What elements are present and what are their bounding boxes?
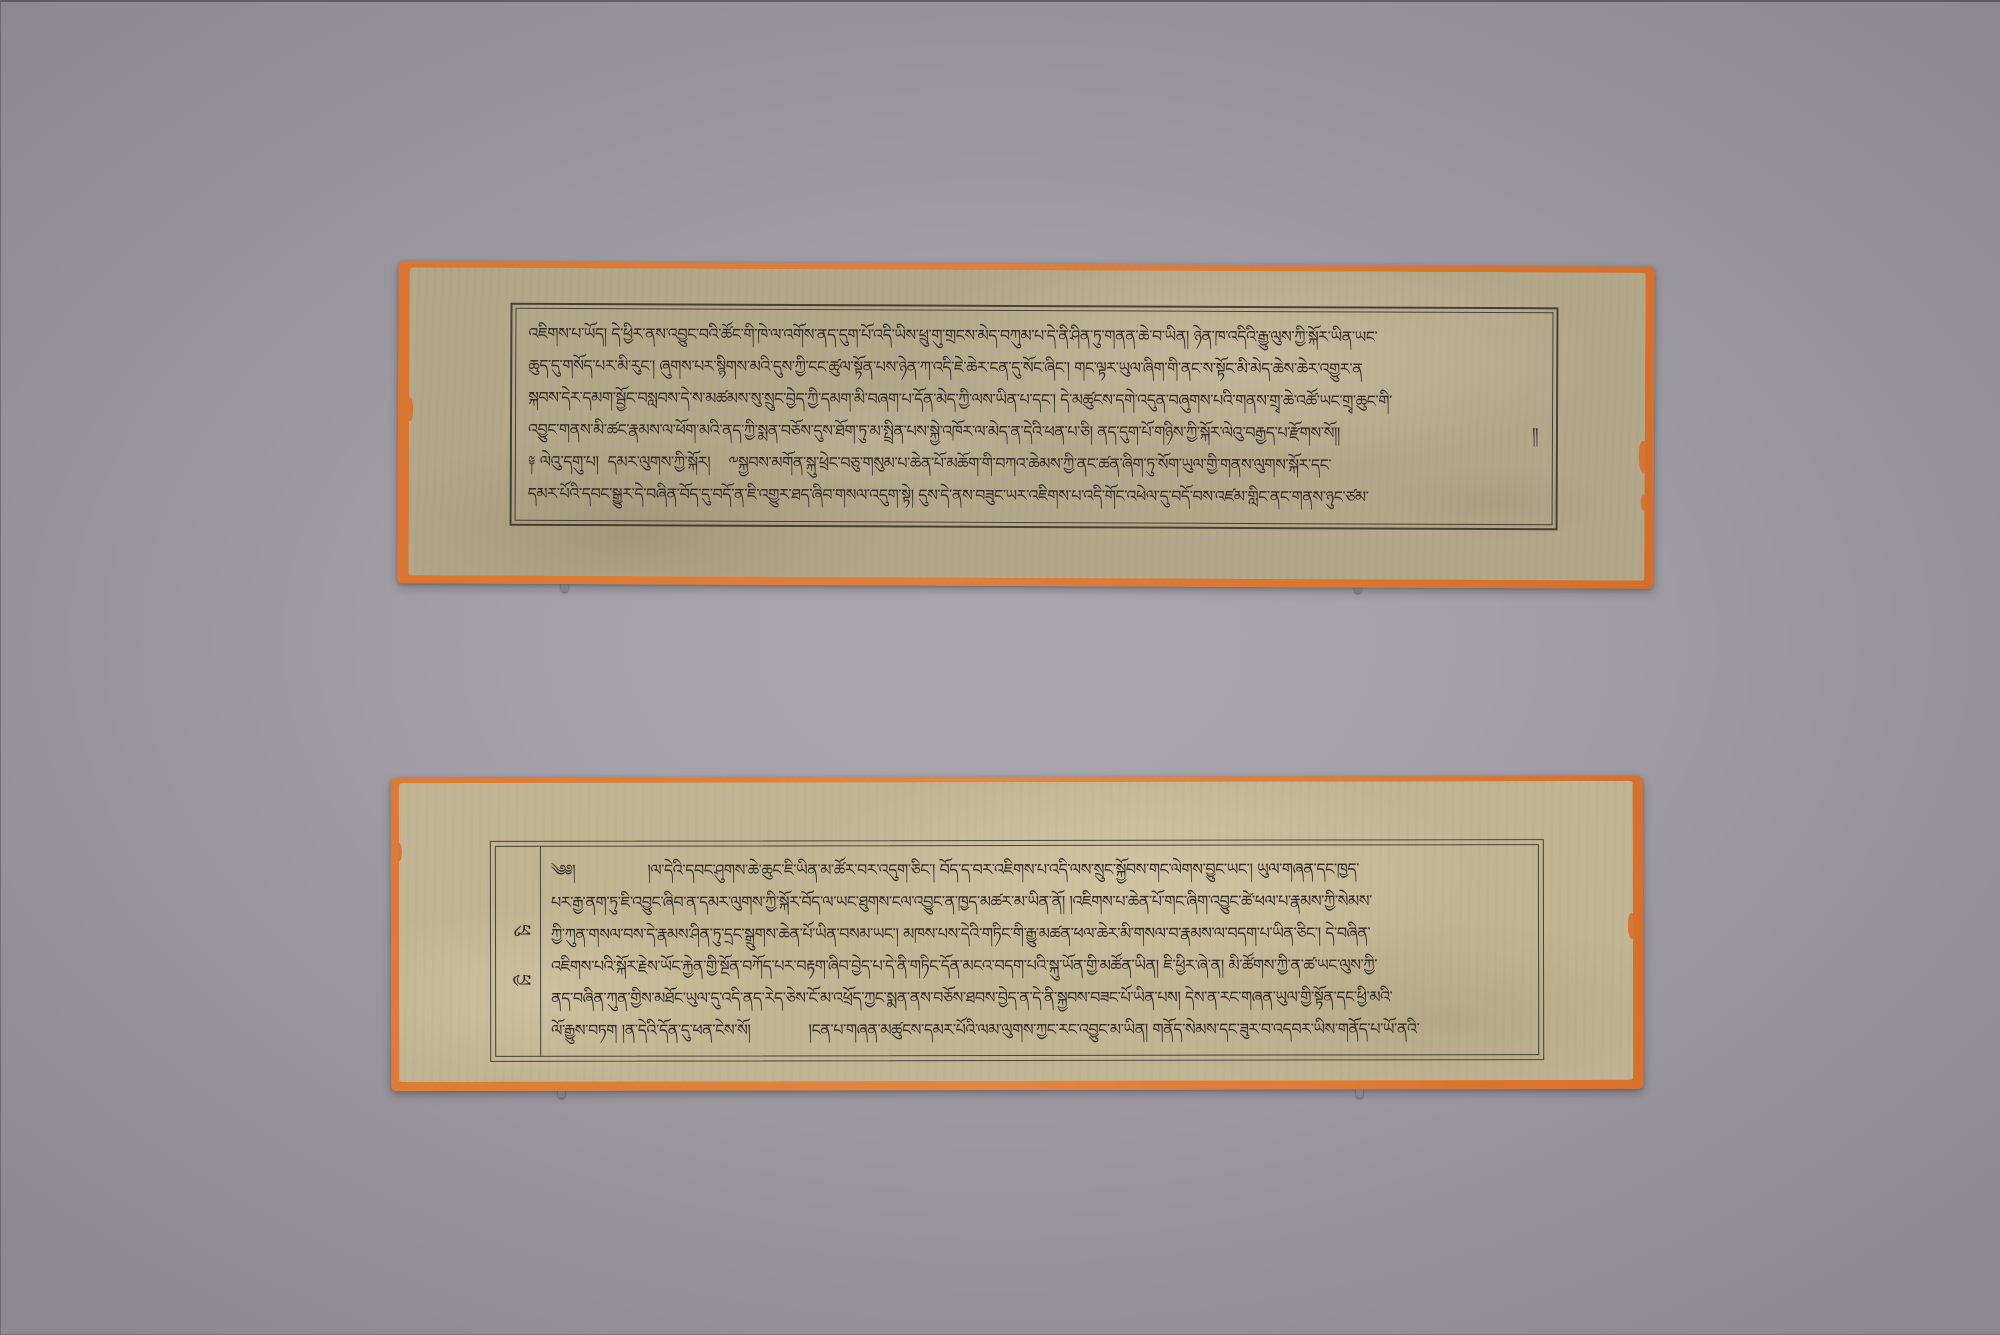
tibetan-text: །ངན་པ་གཞན་མཚུངས་དམར་པོའི་ལམ་ལུགས་ཀྱང་རང་… xyxy=(808,1013,1419,1046)
edge-paint-blotch xyxy=(408,397,413,421)
margin-letter: ཕུ xyxy=(493,924,543,936)
margin-annotation-column: ཕུ ཕྱ xyxy=(496,847,541,1056)
photograph-background: འཇིགས་པ་ཡོད། དེ་ཕྱིར་ནས་འབྱུང་བའི་ཚོང་གི… xyxy=(0,0,2000,1335)
text-line-3: ཀྱི་ཀུན་གསལ་བས་དེ་རྣམས་ཤིན་ཏུ་དྲང་སྒྲུགས… xyxy=(551,917,1526,951)
text-block: ༄༅། །ལ་དེའི་དབང་ཤུགས་ཆེ་ཆུང་ཇི་ཡིན་མ་ཚོར… xyxy=(541,845,1538,1056)
text-line-3: སྐབས་དེར་དམག་སྦྱོང་བསླབས་དེ་ས་མཚམས་སུ་སྲ… xyxy=(528,382,1538,418)
text-line-4: འབྱུང་གནས་མི་ཚང་རྣམས་ལ་ཕོག་མའི་ནད་ཀྱི་སྨ… xyxy=(528,414,1538,450)
tibetan-text: འཇིགས་པ་ཡོད། དེ་ཕྱིར་ནས་འབྱུང་བའི་ཚོང་གི… xyxy=(528,318,1377,354)
tibetan-text: དམར་པོའི་དབང་སྒྱུར་དེ་བཞིན་བོད་དུ་བདོ་ན་… xyxy=(528,478,1369,514)
tibetan-text: འཇིགས་པའི་སྐོར་རྗེས་ཡོང་རྐྱེན་གྱི་སྔོན་བ… xyxy=(551,949,1377,982)
tibetan-text: ཆུད་དུ་གསོད་པར་མི་རུང་། ཞུགས་པར་སྙིགས་མའ… xyxy=(528,350,1362,386)
yig-mgo-head-mark: ༄༅། xyxy=(551,855,575,887)
margin-letter: ཕྱ xyxy=(493,974,543,986)
bottom-manuscript-leaf: ཕུ ཕྱ ༄༅། །ལ་དེའི་དབང་ཤུགས་ཆེ་ཆུང་ཇི་ཡིན… xyxy=(391,776,1644,1091)
tibetan-text: ནད་བཞིན་ཀུན་གྱིས་མཐོང་ཡུལ་དུ་འདི་ནད་རེད་… xyxy=(551,981,1392,1014)
tibetan-text: ཀྱི་ཀུན་གསལ་བས་དེ་རྣམས་ཤིན་ཏུ་དྲང་སྒྲུགས… xyxy=(551,917,1370,950)
text-line-2: པར་རྒྱ་ནག་ཏུ་ཇི་འབྱུང་ཞིབ་ན་དམར་ལུགས་ཀྱི… xyxy=(551,885,1526,919)
text-line-6: ལོ་རྒྱུས་བཏག །ན་དེའི་དོན་དུ་ཕན་ངེས་སོ། །… xyxy=(551,1013,1526,1047)
tibetan-text: །ལ་དེའི་དབང་ཤུགས་ཆེ་ཆུང་ཇི་ཡིན་མ་ཚོར་བར་… xyxy=(647,853,1359,886)
text-line-1: ༄༅། །ལ་དེའི་དབང་ཤུགས་ཆེ་ཆུང་ཇི་ཡིན་མ་ཚོར… xyxy=(551,853,1526,887)
text-line-5: ནད་བཞིན་ཀུན་གྱིས་མཐོང་ཡུལ་དུ་འདི་ནད་རེད་… xyxy=(551,981,1526,1015)
text-frame-inner: ཕུ ཕྱ ༄༅། །ལ་དེའི་དབང་ཤུགས་ཆེ་ཆུང་ཇི་ཡིན… xyxy=(495,844,1539,1057)
text-line-6: དམར་པོའི་དབང་སྒྱུར་དེ་བཞིན་བོད་དུ་བདོ་ན་… xyxy=(528,478,1538,514)
tibetan-text: པར་རྒྱ་ནག་ཏུ་ཇི་འབྱུང་ཞིབ་ན་དམར་ལུགས་ཀྱི… xyxy=(551,885,1372,918)
text-block: འཇིགས་པ་ཡོད། དེ་ཕྱིར་ནས་འབྱུང་བའི་ཚོང་གི… xyxy=(516,309,1553,525)
edge-paint-blotch xyxy=(1641,495,1646,511)
text-line-4: འཇིགས་པའི་སྐོར་རྗེས་ཡོང་རྐྱེན་གྱི་སྔོན་བ… xyxy=(551,949,1526,983)
edge-paint-blotch xyxy=(399,843,402,861)
tibetan-text: ༈ ལེའུ་དགུ་པ། དམར་ལུགས་ཀྱི་སྐོར། ༸སྐྱབས་… xyxy=(528,446,1332,482)
text-frame-border: འཇིགས་པ་ཡོད། དེ་ཕྱིར་ནས་འབྱུང་བའི་ཚོང་གི… xyxy=(510,303,1559,531)
text-line-5-chapter-heading: ༈ ལེའུ་དགུ་པ། དམར་ལུགས་ཀྱི་སྐོར། ༸སྐྱབས་… xyxy=(528,446,1538,482)
section-end-double-shad: ༎ xyxy=(1532,418,1538,450)
edge-paint-blotch xyxy=(1628,913,1633,939)
tibetan-text: ལོ་རྒྱུས་བཏག །ན་དེའི་དོན་དུ་ཕན་ངེས་སོ། xyxy=(551,1014,750,1046)
tibetan-text: འབྱུང་གནས་མི་ཚང་རྣམས་ལ་ཕོག་མའི་ནད་ཀྱི་སྨ… xyxy=(528,414,1340,450)
text-line-1: འཇིགས་པ་ཡོད། དེ་ཕྱིར་ནས་འབྱུང་བའི་ཚོང་གི… xyxy=(528,318,1538,354)
top-manuscript-leaf: འཇིགས་པ་ཡོད། དེ་ཕྱིར་ནས་འབྱུང་བའི་ཚོང་གི… xyxy=(397,261,1654,588)
tibetan-text: སྐབས་དེར་དམག་སྦྱོང་བསླབས་དེ་ས་མཚམས་སུ་སྲ… xyxy=(528,382,1392,418)
paper-surface: འཇིགས་པ་ཡོད། དེ་ཕྱིར་ནས་འབྱུང་བའི་ཚོང་གི… xyxy=(408,267,1645,580)
text-line-2: ཆུད་དུ་གསོད་པར་མི་རུང་། ཞུགས་པར་སྙིགས་མའ… xyxy=(528,350,1538,386)
text-frame-inner: འཇིགས་པ་ཡོད། དེ་ཕྱིར་ནས་འབྱུང་བའི་ཚོང་གི… xyxy=(515,308,1554,526)
text-frame-border: ཕུ ཕྱ ༄༅། །ལ་དེའི་དབང་ཤུགས་ཆེ་ཆུང་ཇི་ཡིན… xyxy=(490,839,1544,1062)
paper-surface: ཕུ ཕྱ ༄༅། །ལ་དེའི་དབང་ཤུགས་ཆེ་ཆུང་ཇི་ཡིན… xyxy=(399,781,1634,1082)
edge-paint-blotch xyxy=(1639,441,1646,473)
